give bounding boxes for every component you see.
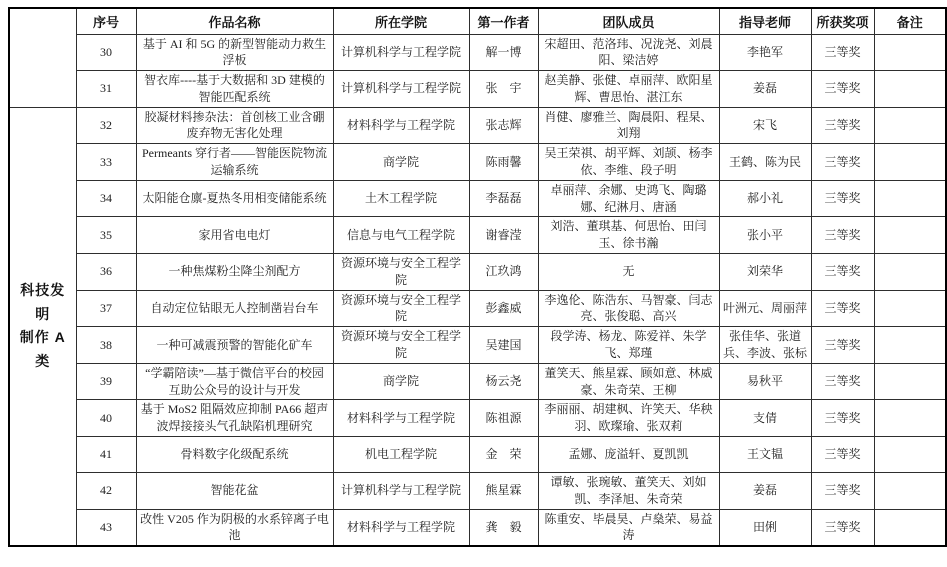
cell-college: 材料科学与工程学院 — [333, 107, 469, 144]
cell-award: 三等奖 — [811, 363, 874, 400]
cell-advisor: 姜磊 — [719, 71, 811, 108]
category-cell-empty — [9, 8, 76, 107]
cell-title: 自动定位钻眼无人控制凿岩台车 — [136, 290, 333, 327]
cell-team: 董笑天、熊星霖、顾如意、林威豪、朱奇荣、王柳 — [538, 363, 719, 400]
cell-advisor: 王鹤、陈为民 — [719, 144, 811, 181]
cell-first-author: 江玖鸿 — [469, 254, 538, 291]
col-header-award: 所获奖项 — [811, 8, 874, 34]
cell-note — [874, 509, 946, 546]
cell-advisor: 张小平 — [719, 217, 811, 254]
col-header-first-author: 第一作者 — [469, 8, 538, 34]
cell-serial: 42 — [76, 473, 136, 510]
cell-team: 无 — [538, 254, 719, 291]
table-row: 科技发明 制作 A 类 32 胶凝材料掺杂法：首创核工业含硼废弃物无害化处理 材… — [9, 107, 946, 144]
cell-first-author: 彭鑫威 — [469, 290, 538, 327]
cell-serial: 32 — [76, 107, 136, 144]
cell-title: 一种焦煤粉尘降尘剂配方 — [136, 254, 333, 291]
table-row: 35 家用省电电灯 信息与电气工程学院 谢睿滢 刘浩、董琪基、何思怡、田闫玉、徐… — [9, 217, 946, 254]
cell-advisor: 刘荣华 — [719, 254, 811, 291]
cell-first-author: 陈雨馨 — [469, 144, 538, 181]
cell-first-author: 熊星霖 — [469, 473, 538, 510]
cell-award: 三等奖 — [811, 254, 874, 291]
category-label-line2: 制作 A 类 — [13, 326, 73, 374]
cell-title: Permeants 穿行者——智能医院物流运输系统 — [136, 144, 333, 181]
cell-title: 改性 V205 作为阴极的水系锌离子电池 — [136, 509, 333, 546]
cell-first-author: 吴建国 — [469, 327, 538, 364]
cell-first-author: 解一博 — [469, 34, 538, 71]
cell-college: 计算机科学与工程学院 — [333, 71, 469, 108]
cell-first-author: 陈祖源 — [469, 400, 538, 437]
cell-college: 信息与电气工程学院 — [333, 217, 469, 254]
cell-note — [874, 71, 946, 108]
cell-serial: 37 — [76, 290, 136, 327]
table-row: 31 智衣库----基于大数据和 3D 建模的智能匹配系统 计算机科学与工程学院… — [9, 71, 946, 108]
col-header-serial: 序号 — [76, 8, 136, 34]
cell-note — [874, 327, 946, 364]
cell-college: 材料科学与工程学院 — [333, 400, 469, 437]
col-header-advisor: 指导老师 — [719, 8, 811, 34]
cell-advisor: 张佳华、张道兵、李波、张标 — [719, 327, 811, 364]
col-header-team: 团队成员 — [538, 8, 719, 34]
cell-advisor: 宋飞 — [719, 107, 811, 144]
cell-note — [874, 180, 946, 217]
cell-serial: 36 — [76, 254, 136, 291]
cell-note — [874, 144, 946, 181]
cell-team: 卓丽萍、余娜、史鸿飞、陶璐娜、纪淋月、唐涵 — [538, 180, 719, 217]
cell-first-author: 谢睿滢 — [469, 217, 538, 254]
document-page: 序号 作品名称 所在学院 第一作者 团队成员 指导老师 所获奖项 备注 30 基… — [0, 0, 947, 547]
table-row: 43 改性 V205 作为阴极的水系锌离子电池 材料科学与工程学院 龚 毅 陈重… — [9, 509, 946, 546]
cell-award: 三等奖 — [811, 509, 874, 546]
cell-first-author: 张志辉 — [469, 107, 538, 144]
cell-title: 一种可减震预警的智能化矿车 — [136, 327, 333, 364]
cell-title: 骨料数字化级配系统 — [136, 437, 333, 473]
cell-note — [874, 363, 946, 400]
cell-serial: 41 — [76, 437, 136, 473]
table-row: 37 自动定位钻眼无人控制凿岩台车 资源环境与安全工程学院 彭鑫威 李逸伦、陈浩… — [9, 290, 946, 327]
cell-college: 资源环境与安全工程学院 — [333, 327, 469, 364]
cell-serial: 40 — [76, 400, 136, 437]
cell-team: 孟娜、庞溢轩、夏凯凯 — [538, 437, 719, 473]
category-label-line1: 科技发明 — [13, 279, 73, 327]
cell-team: 陈重安、毕晨昊、卢燊荣、易益涛 — [538, 509, 719, 546]
cell-award: 三等奖 — [811, 290, 874, 327]
cell-advisor: 易秋平 — [719, 363, 811, 400]
cell-title: 智衣库----基于大数据和 3D 建模的智能匹配系统 — [136, 71, 333, 108]
cell-advisor: 郝小礼 — [719, 180, 811, 217]
cell-team: 吴王荣祺、胡平辉、刘颉、杨李依、李维、段子明 — [538, 144, 719, 181]
cell-serial: 38 — [76, 327, 136, 364]
table-row: 38 一种可减震预警的智能化矿车 资源环境与安全工程学院 吴建国 段学涛、杨龙、… — [9, 327, 946, 364]
table-row: 42 智能花盆 计算机科学与工程学院 熊星霖 谭敏、张琬敏、董笑天、刘如凯、李泽… — [9, 473, 946, 510]
cell-title: 家用省电电灯 — [136, 217, 333, 254]
cell-college: 机电工程学院 — [333, 437, 469, 473]
cell-serial: 31 — [76, 71, 136, 108]
cell-note — [874, 217, 946, 254]
table-row: 33 Permeants 穿行者——智能医院物流运输系统 商学院 陈雨馨 吴王荣… — [9, 144, 946, 181]
awards-table: 序号 作品名称 所在学院 第一作者 团队成员 指导老师 所获奖项 备注 30 基… — [8, 7, 947, 547]
cell-serial: 39 — [76, 363, 136, 400]
cell-note — [874, 437, 946, 473]
cell-advisor: 王文韫 — [719, 437, 811, 473]
category-cell-label: 科技发明 制作 A 类 — [9, 107, 76, 546]
cell-note — [874, 473, 946, 510]
cell-note — [874, 290, 946, 327]
cell-team: 段学涛、杨龙、陈爱祥、朱学飞、郑瑾 — [538, 327, 719, 364]
cell-first-author: 杨云尧 — [469, 363, 538, 400]
cell-college: 计算机科学与工程学院 — [333, 473, 469, 510]
cell-award: 三等奖 — [811, 107, 874, 144]
cell-note — [874, 34, 946, 71]
table-row: 30 基于 AI 和 5G 的新型智能动力救生浮板 计算机科学与工程学院 解一博… — [9, 34, 946, 71]
cell-award: 三等奖 — [811, 71, 874, 108]
cell-advisor: 叶洲元、周丽萍 — [719, 290, 811, 327]
col-header-note: 备注 — [874, 8, 946, 34]
cell-team: 宋超田、范洛玮、况泷尧、刘晨阳、梁洁婷 — [538, 34, 719, 71]
cell-first-author: 李磊磊 — [469, 180, 538, 217]
table-row: 41 骨料数字化级配系统 机电工程学院 金 荣 孟娜、庞溢轩、夏凯凯 王文韫 三… — [9, 437, 946, 473]
cell-note — [874, 400, 946, 437]
cell-award: 三等奖 — [811, 327, 874, 364]
cell-team: 赵美静、张健、卓丽萍、欧阳星辉、曹思怡、湛江东 — [538, 71, 719, 108]
cell-serial: 34 — [76, 180, 136, 217]
cell-serial: 43 — [76, 509, 136, 546]
cell-award: 三等奖 — [811, 473, 874, 510]
cell-first-author: 张 宇 — [469, 71, 538, 108]
cell-college: 土木工程学院 — [333, 180, 469, 217]
cell-team: 刘浩、董琪基、何思怡、田闫玉、徐书瀚 — [538, 217, 719, 254]
cell-serial: 35 — [76, 217, 136, 254]
cell-college: 材料科学与工程学院 — [333, 509, 469, 546]
cell-note — [874, 107, 946, 144]
cell-college: 资源环境与安全工程学院 — [333, 290, 469, 327]
table-row: 40 基于 MoS2 阻隔效应抑制 PA66 超声波焊接接头气孔缺陷机理研究 材… — [9, 400, 946, 437]
header-row: 序号 作品名称 所在学院 第一作者 团队成员 指导老师 所获奖项 备注 — [9, 8, 946, 34]
cell-title: 智能花盆 — [136, 473, 333, 510]
cell-title: 基于 MoS2 阻隔效应抑制 PA66 超声波焊接接头气孔缺陷机理研究 — [136, 400, 333, 437]
cell-award: 三等奖 — [811, 34, 874, 71]
cell-title: 太阳能仓廪-夏热冬用相变储能系统 — [136, 180, 333, 217]
cell-advisor: 李艳军 — [719, 34, 811, 71]
table-row: 34 太阳能仓廪-夏热冬用相变储能系统 土木工程学院 李磊磊 卓丽萍、余娜、史鸿… — [9, 180, 946, 217]
cell-title: 基于 AI 和 5G 的新型智能动力救生浮板 — [136, 34, 333, 71]
cell-award: 三等奖 — [811, 180, 874, 217]
cell-award: 三等奖 — [811, 400, 874, 437]
cell-team: 肖健、廖雅兰、陶晨阳、程杲、刘翔 — [538, 107, 719, 144]
cell-advisor: 支倩 — [719, 400, 811, 437]
cell-team: 谭敏、张琬敏、董笑天、刘如凯、李泽旭、朱奇荣 — [538, 473, 719, 510]
cell-first-author: 龚 毅 — [469, 509, 538, 546]
col-header-college: 所在学院 — [333, 8, 469, 34]
cell-advisor: 姜磊 — [719, 473, 811, 510]
cell-title: “学霸陪读”—基于微信平台的校园互助公众号的设计与开发 — [136, 363, 333, 400]
cell-award: 三等奖 — [811, 144, 874, 181]
cell-serial: 33 — [76, 144, 136, 181]
cell-college: 商学院 — [333, 144, 469, 181]
cell-college: 资源环境与安全工程学院 — [333, 254, 469, 291]
cell-serial: 30 — [76, 34, 136, 71]
cell-college: 计算机科学与工程学院 — [333, 34, 469, 71]
table-row: 36 一种焦煤粉尘降尘剂配方 资源环境与安全工程学院 江玖鸿 无 刘荣华 三等奖 — [9, 254, 946, 291]
cell-title: 胶凝材料掺杂法：首创核工业含硼废弃物无害化处理 — [136, 107, 333, 144]
cell-advisor: 田俐 — [719, 509, 811, 546]
cell-team: 李逸伦、陈浩东、马智豪、闫志亮、张俊聪、高兴 — [538, 290, 719, 327]
col-header-title: 作品名称 — [136, 8, 333, 34]
cell-note — [874, 254, 946, 291]
cell-award: 三等奖 — [811, 437, 874, 473]
table-row: 39 “学霸陪读”—基于微信平台的校园互助公众号的设计与开发 商学院 杨云尧 董… — [9, 363, 946, 400]
cell-college: 商学院 — [333, 363, 469, 400]
cell-team: 李丽丽、胡建枫、许笑天、华秧羽、欧璨瑜、张双莉 — [538, 400, 719, 437]
cell-award: 三等奖 — [811, 217, 874, 254]
cell-first-author: 金 荣 — [469, 437, 538, 473]
